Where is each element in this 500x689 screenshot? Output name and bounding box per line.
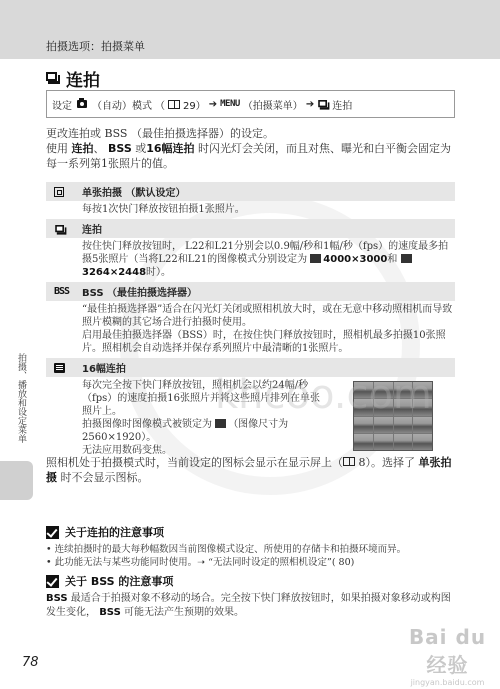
note-bullet: 此功能无法与某些功能同时使用。➝ “无法同时设定的照相机设定”( 80)	[46, 556, 466, 569]
check-note-icon	[46, 526, 59, 539]
single-shot-icon	[54, 187, 64, 197]
option-16shot-header: 16幅连拍	[46, 358, 455, 377]
after-text: 照相机处于拍摄模式时，当前设定的图标会显示在显示屏上（ 8）。选择了 单张拍摄 …	[46, 455, 456, 485]
option-continuous-desc: 按住快门释放按钮时， L22和L21分别会以0.9幅/秒和1幅/秒（fps）的速…	[46, 238, 455, 282]
nav-ref-open: （	[155, 97, 165, 112]
page-title: 连拍	[46, 66, 100, 91]
page-title-text: 连拍	[66, 66, 100, 91]
note-title-continuous: 关于连拍的注意事项	[46, 524, 164, 540]
header-band: 拍摄选项：拍摄菜单	[0, 0, 500, 59]
image-size-icon	[310, 254, 321, 263]
intro-line-2: 使用 连拍、 BSS 或16幅连拍 时闪光灯会关闭，而且对焦、曝光和白平衡会固定…	[46, 141, 456, 171]
menu-path-box: 设定 （自动）模式 （ 29） ➔ MENU （拍摄菜单） ➔ 连拍	[46, 90, 455, 118]
option-16shot-desc: 每次完全按下快门释放按钮，照相机会以约24幅/秒（fps）的速度拍摄16张照片并…	[46, 377, 455, 463]
continuous-icon	[55, 225, 65, 233]
option-single-header: 单张拍摄 （默认设定）	[46, 182, 455, 201]
sixteen-shot-sample-image	[353, 381, 433, 451]
option-bss-header: BSS BSS （最佳拍摄选择器）	[46, 282, 455, 301]
arrow-right-icon: ➔	[306, 99, 314, 110]
menu-button-label: MENU	[220, 99, 240, 109]
bss-note-body: BSS 最适合于拍摄对象不移动的场合。完全按下快门释放按钮时，如果拍摄对象移动或…	[46, 592, 456, 620]
option-continuous-header: 连拍	[46, 219, 455, 238]
side-tab-label: 拍摄、播放和设定菜单	[12, 353, 26, 443]
page-number: 78	[22, 655, 39, 670]
nav-ref-page: 29）	[183, 97, 206, 112]
nav-target: 连拍	[332, 97, 352, 112]
continuous-icon	[318, 100, 328, 108]
camera-auto-icon	[77, 100, 87, 108]
note-bullets: 连续拍摄时的最大每秒幅数因当前图像模式设定、所使用的存储卡和拍摄环境而异。 此功…	[46, 543, 466, 569]
options-table: 单张拍摄 （默认设定） 每按1次快门释放按钮拍摄1张照片。 连拍 按住快门释放按…	[46, 182, 455, 463]
multi-shot-16-icon	[54, 363, 65, 373]
check-note-icon	[46, 575, 59, 588]
option-label: 16幅连拍	[82, 360, 126, 375]
nav-prefix: 设定	[52, 97, 72, 112]
note-title-bss: 关于 BSS 的注意事项	[46, 573, 173, 589]
book-ref-icon	[168, 100, 180, 109]
baidu-watermark: Bai du 经验 jingyan.baidu.com	[395, 625, 500, 687]
side-tab	[0, 461, 33, 500]
option-bss-desc: “最佳拍摄选择器”适合在闪光灯关闭或照相机放大时，或在无意中移动照相机而导致照片…	[46, 301, 455, 358]
section-title: 拍摄选项：拍摄菜单	[46, 38, 145, 54]
image-size-5m-icon	[215, 419, 226, 428]
intro-text: 更改连拍或 BSS （最佳拍摄选择器）的设定。 使用 连拍、 BSS 或16幅连…	[46, 126, 456, 171]
bss-icon: BSS	[54, 286, 69, 297]
option-label: 单张拍摄 （默认设定）	[82, 184, 185, 199]
nav-mode: （自动）模式	[92, 97, 152, 112]
option-label: BSS （最佳拍摄选择器）	[82, 284, 197, 299]
note-bullet: 连续拍摄时的最大每秒幅数因当前图像模式设定、所使用的存储卡和拍摄环境而异。	[46, 543, 466, 556]
continuous-icon	[46, 72, 61, 85]
arrow-right-icon: ➔	[209, 99, 217, 110]
nav-menu-label: （拍摄菜单）	[243, 97, 303, 112]
option-label: 连拍	[82, 221, 102, 236]
intro-line-1: 更改连拍或 BSS （最佳拍摄选择器）的设定。	[46, 126, 456, 141]
book-ref-icon	[343, 457, 355, 466]
image-size-icon	[401, 254, 412, 263]
option-single-desc: 每按1次快门释放按钮拍摄1张照片。	[46, 201, 455, 219]
